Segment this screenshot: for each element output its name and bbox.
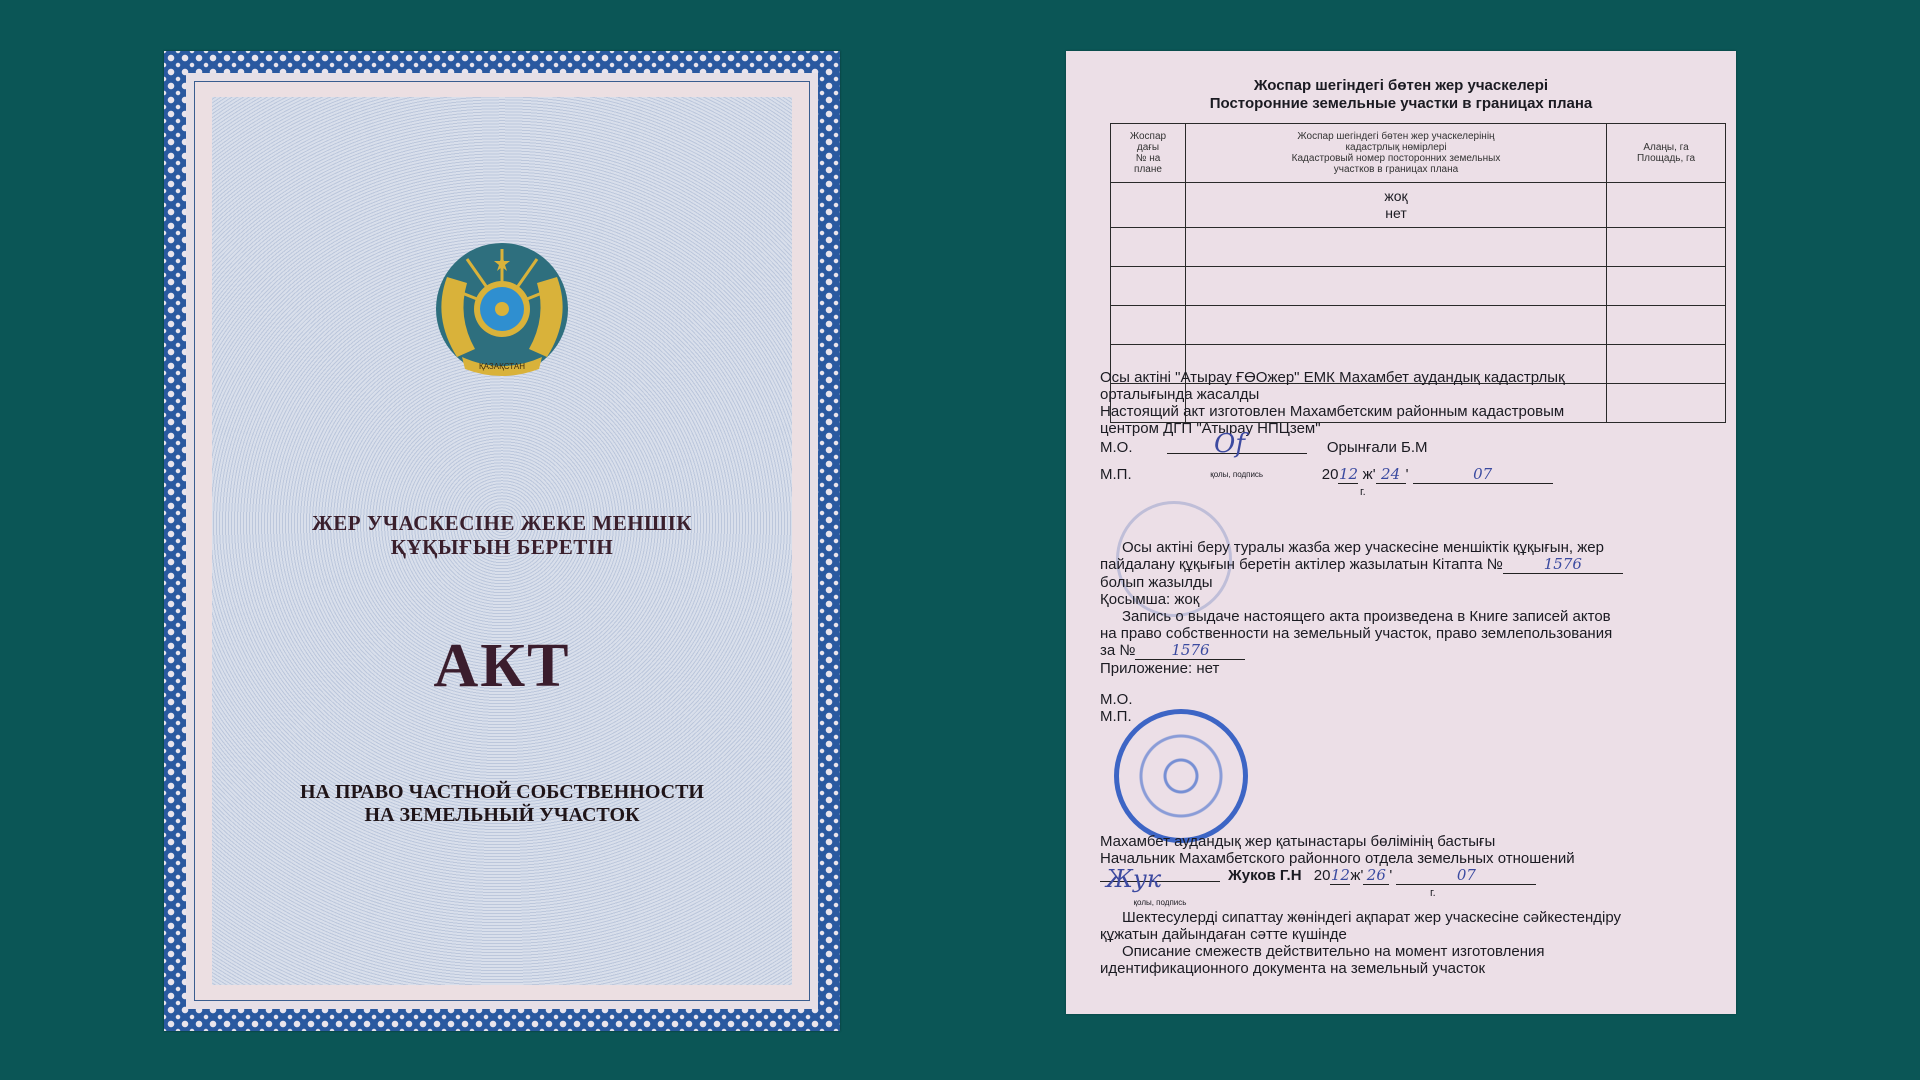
header-cadastral-number: Жоспар шегіндегі бөтен жер учаскелерінің… [1186, 124, 1607, 183]
kz-title: ЖЕР УЧАСКЕСІНЕ ЖЕКЕ МЕНШІК ҚҰҚЫҒЫН БЕРЕТ… [164, 511, 840, 559]
table-cell [1607, 384, 1726, 423]
table-cell [1111, 183, 1186, 228]
act-inner-page: Жоспар шегіндегі бөтен жер учаскелері По… [1066, 51, 1736, 1014]
table-cell [1607, 345, 1726, 384]
head-section: Махамбет аудандық жер қатынастары бөлімі… [1100, 833, 1575, 902]
kz-title-line-2: ҚҰҚЫҒЫН БЕРЕТІН [164, 535, 840, 559]
table-cell [1607, 183, 1726, 228]
table-cell [1111, 228, 1186, 267]
signature-1: Of [1214, 429, 1245, 459]
table-cell [1186, 228, 1607, 267]
header-plan-number: Жоспардағы № наплане [1111, 124, 1186, 183]
table-cell [1607, 228, 1726, 267]
table-cell [1186, 306, 1607, 345]
ru-title: НА ПРАВО ЧАСТНОЙ СОБСТВЕННОСТИ НА ЗЕМЕЛЬ… [164, 781, 840, 827]
signer-2-name: Жуков Г.Н [1228, 867, 1301, 884]
date-line-1: М.П. 2012 ж'24' 07 г. [1100, 466, 1565, 501]
table-cell: жоқнет [1186, 183, 1607, 228]
kz-title-line-1: ЖЕР УЧАСКЕСІНЕ ЖЕКЕ МЕНШІК [164, 511, 840, 535]
table-header-row: Жоспардағы № наплане Жоспар шегіндегі бө… [1111, 124, 1726, 183]
signer-1-name: Орынғали Б.М [1327, 439, 1428, 456]
title-kz: Жоспар шегіндегі бөтен жер учаскелері [1066, 77, 1736, 95]
appendix-kz: Қосымша: жоқ [1100, 591, 1623, 608]
ru-title-line-1: НА ПРАВО ЧАСТНОЙ СОБСТВЕННОСТИ [164, 781, 840, 804]
record-section: Осы актіні беру туралы жазба жер учаскес… [1100, 539, 1623, 725]
table-row [1111, 228, 1726, 267]
official-seal [1114, 709, 1248, 843]
kazakhstan-emblem-icon: ҚАЗАҚСТАН [427, 237, 577, 387]
act-cover-page: ҚАЗАҚСТАН ЖЕР УЧАСКЕСІНЕ ЖЕКЕ МЕНШІК ҚҰҚ… [164, 51, 840, 1031]
table-row [1111, 306, 1726, 345]
signature-line-1: М.О. қолы, подпись Орынғали Б.М [1100, 439, 1565, 456]
book-record-number: 1576 [1503, 556, 1623, 574]
table-cell [1111, 306, 1186, 345]
appendix-ru: Приложение: нет [1100, 660, 1623, 677]
table-row: жоқнет [1111, 183, 1726, 228]
table-cell [1186, 267, 1607, 306]
table-cell [1607, 306, 1726, 345]
ru-title-line-2: НА ЗЕМЕЛЬНЫЙ УЧАСТОК [164, 804, 840, 827]
notes-section: Шектесулерді сипаттау жөніндегі ақпарат … [1100, 909, 1621, 977]
svg-text:ҚАЗАҚСТАН: ҚАЗАҚСТАН [479, 362, 525, 371]
main-title: АКТ [164, 631, 840, 702]
page-title: Жоспар шегіндегі бөтен жер учаскелері По… [1066, 77, 1736, 113]
title-ru: Посторонние земельные участки в границах… [1066, 95, 1736, 113]
signature-2: Жук [1106, 865, 1161, 893]
table-cell [1111, 267, 1186, 306]
table-row [1111, 267, 1726, 306]
book-record-number-ru: 1576 [1135, 642, 1245, 660]
signature-line-2: қолы, подпись Жуков Г.Н 2012ж'26' 07 г. [1100, 867, 1575, 902]
table-cell [1607, 267, 1726, 306]
header-area: Алаңы, гаПлощадь, га [1607, 124, 1726, 183]
made-by-section: Осы актіні "Атырау ҒӨОжер" ЕМК Махамбет … [1100, 369, 1565, 501]
